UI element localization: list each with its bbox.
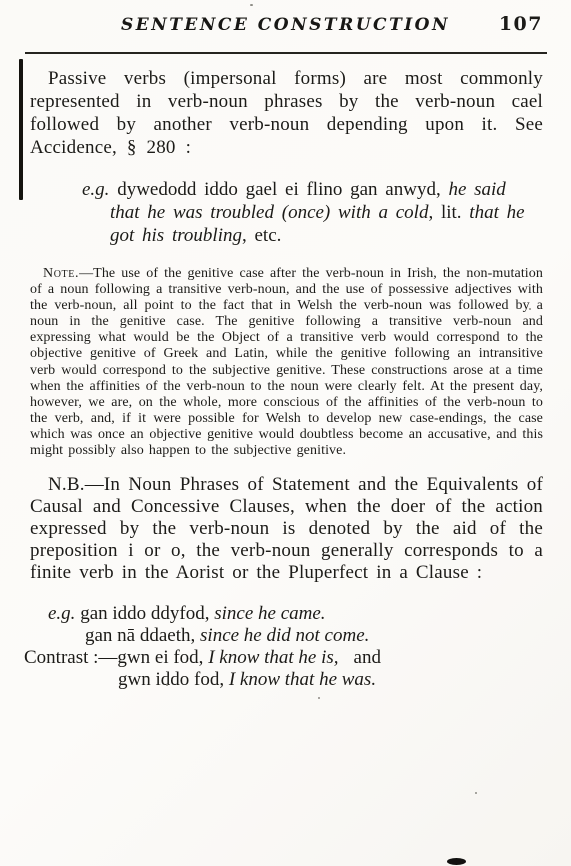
note-text: —The use of the genitive case after the … (30, 266, 543, 458)
translation-italic: I know that he was. (229, 669, 376, 690)
translation-italic: since he came. (214, 603, 325, 624)
page-content: Passive verbs (impersonal forms) are mos… (0, 67, 571, 691)
scan-speck (250, 4, 253, 6)
welsh-text: gan nā ddaeth, (85, 625, 195, 646)
intro-paragraph: Passive verbs (impersonal forms) are mos… (30, 67, 543, 159)
example-suffix: , etc. (242, 225, 281, 246)
contrast-and: and (339, 647, 381, 668)
example-cael-block: e.g. dywedodd iddo gael ei flino gan anw… (82, 178, 543, 247)
running-header: SENTENCE CONSTRUCTION 107 (0, 0, 571, 45)
welsh-text: gan iddo ddyfod, (80, 603, 209, 624)
translation-italic: since he did not come. (200, 625, 369, 646)
book-page: SENTENCE CONSTRUCTION 107 Passive verbs … (0, 0, 571, 866)
ink-blot-artifact (447, 858, 466, 865)
margin-scan-line (19, 59, 23, 200)
page-number: 107 (499, 13, 543, 35)
nb-label: N.B. (48, 474, 85, 495)
header-rule (25, 52, 547, 54)
contrast-label: Contrast :— (24, 647, 117, 668)
example-line-contrast: Contrast :—gwn ei fod, I know that he is… (24, 647, 543, 669)
nb-text: —In Noun Phrases of Statement and the Eq… (30, 474, 543, 583)
example-line: gan nā ddaeth, since he did not come. (85, 625, 543, 647)
example-line: e.g. gan iddo ddyfod, since he came. (48, 603, 543, 625)
scan-speck (166, 684, 168, 686)
welsh-text: gwn iddo fod, (118, 669, 224, 690)
note-label: Note. (43, 266, 79, 281)
page-title: SENTENCE CONSTRUCTION (0, 15, 571, 35)
scan-speck (318, 697, 320, 699)
translation-italic: I know that he is, (208, 647, 338, 668)
welsh-text: gwn ei fod, (117, 647, 203, 668)
example-line: gwn iddo fod, I know that he was. (118, 669, 543, 691)
welsh-text: dywedodd iddo gael ei flino gan anwyd, (117, 179, 441, 200)
example-marker: e.g. (82, 179, 109, 200)
nb-paragraph: N.B.—In Noun Phrases of Statement and th… (30, 474, 543, 584)
scan-speck (475, 792, 477, 794)
scan-speck (529, 308, 531, 310)
lit-label: , lit. (428, 202, 469, 223)
note-paragraph: Note.—The use of the genitive case after… (30, 266, 543, 459)
example-marker: e.g. (48, 603, 75, 624)
